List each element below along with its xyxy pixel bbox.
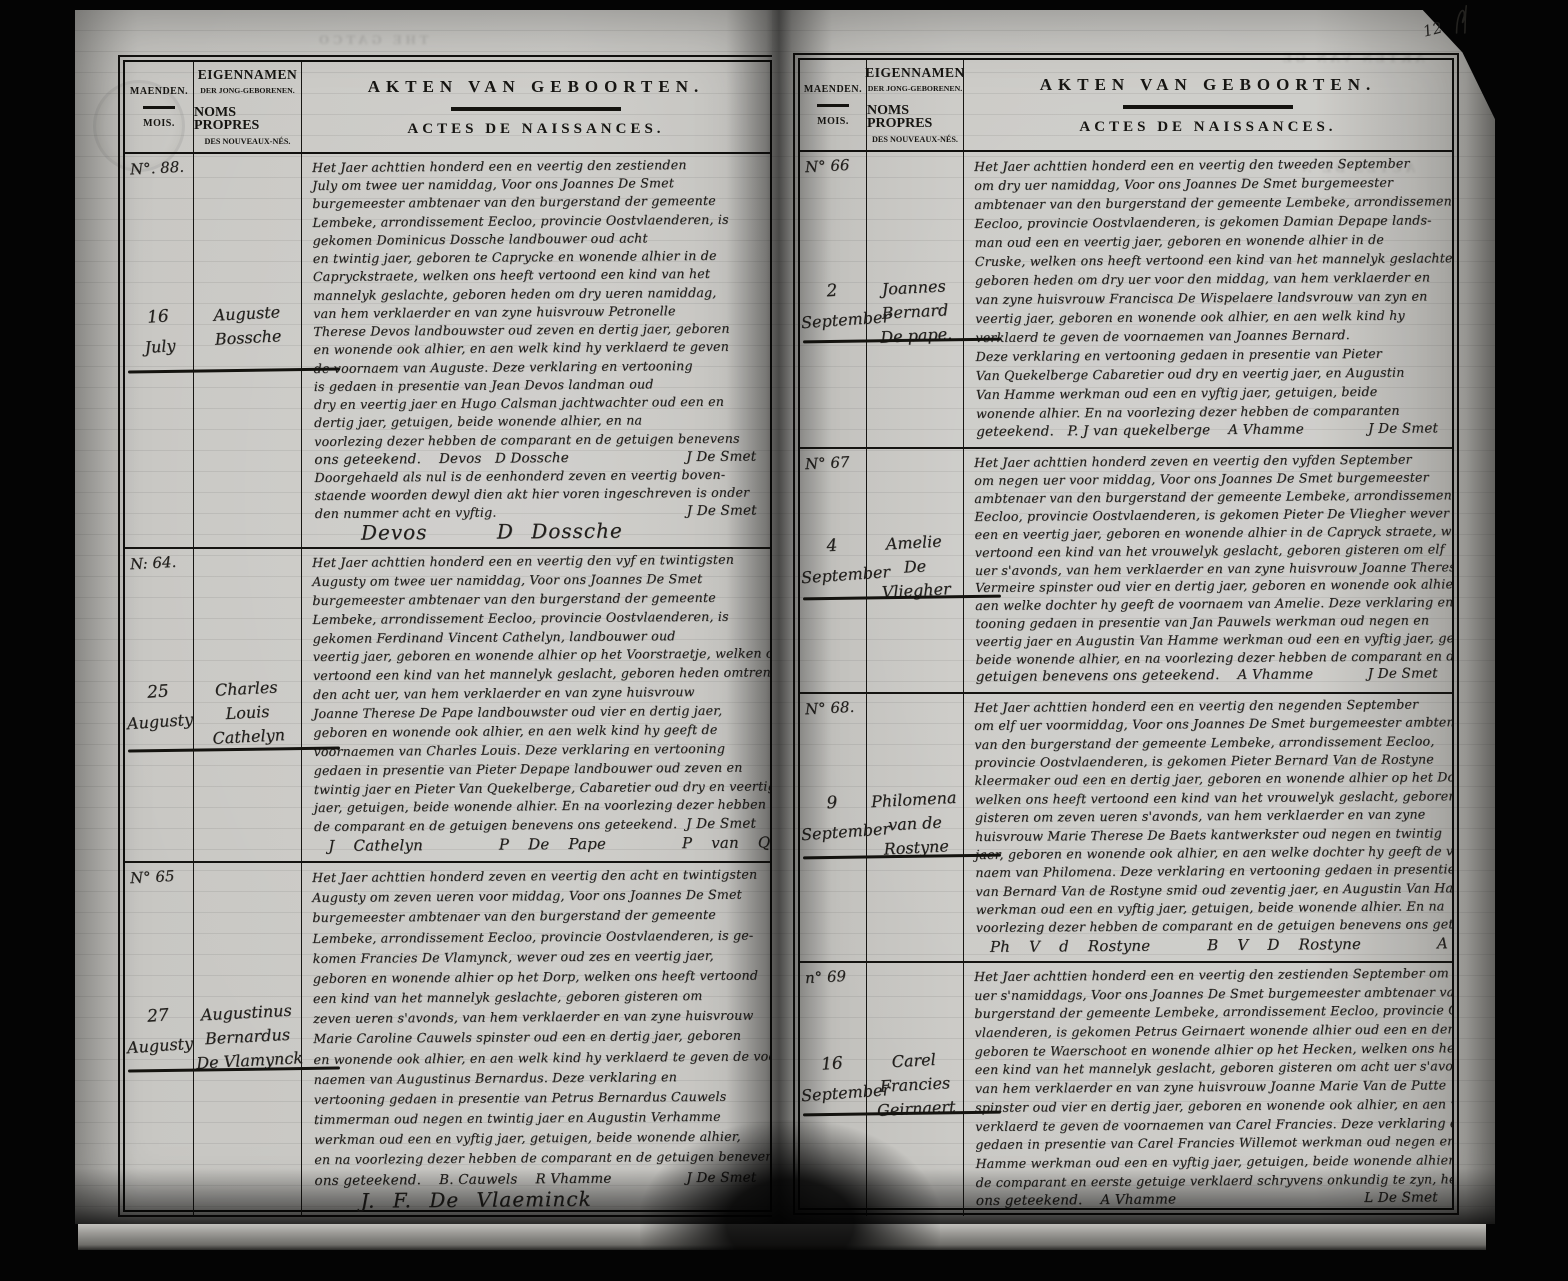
act-text-line: getuigen benevens ons geteekend. A Vhamm… xyxy=(976,665,1448,687)
entry-act-cell: Het Jaer achttien honderd een en veertig… xyxy=(302,154,770,547)
act-text-segment: burgemeester ambtenaer van den burgersta… xyxy=(312,590,716,608)
act-text-segment: een kind van het mannelyk geslachte, geb… xyxy=(313,988,703,1006)
act-date: 2September xyxy=(798,274,868,338)
entry-name-cell: AmelieDeVliegher xyxy=(867,449,964,692)
act-text-segment: burgemeester ambtenaer van den burgersta… xyxy=(312,193,716,211)
entry-act-cell: Het Jaer achttien honderd een en veertig… xyxy=(964,963,1452,1216)
act-text-segment: uer s'avonds, van hem verklaerder en van… xyxy=(975,559,1452,578)
act-date: 16September xyxy=(798,1047,868,1111)
act-text-segment: van hem verklaerder en van zyne huisvrou… xyxy=(975,1077,1446,1096)
act-text-segment: getuigen benevens ons geteekend. A Vhamm… xyxy=(976,666,1314,687)
register-entry: N° 65 27Augusty AugustinusBernardusDe Vl… xyxy=(125,861,770,1216)
act-date: 16July xyxy=(123,300,195,365)
act-text-segment: voorlezing dezer hebben de comparant en … xyxy=(314,430,740,448)
newborn-name-line: Vliegher xyxy=(869,577,964,606)
act-text-segment: Devos D Dossche xyxy=(361,518,623,544)
act-text-segment: om dry uer namiddag, Voor ons Joannes De… xyxy=(974,175,1393,193)
act-text-segment: om elf uer voormiddag, Voor ons Joannes … xyxy=(974,714,1452,733)
act-text-segment: gedaen in presentie van Pieter Depape la… xyxy=(314,759,743,777)
act-text-segment: Lembeke, arrondissement Eecloo, provinci… xyxy=(312,608,728,626)
header-acts-column: AKTEN VAN GEBOORTEN. ACTES DE NAISSANCES… xyxy=(302,62,770,152)
act-text-segment: dertig jaer, getuigen, beide wonende alh… xyxy=(314,413,642,431)
left-entries: N°. 88. 16July AugusteBossche Het Jaer a… xyxy=(125,154,770,1216)
act-text-segment: gedaen in presentie van Carel Francies W… xyxy=(975,1132,1452,1152)
act-date-line: Augusty xyxy=(125,1029,195,1064)
act-date-line: September xyxy=(800,304,868,339)
entry-act-cell: Het Jaer achttien honderd een en veertig… xyxy=(302,549,770,861)
label-actes-de-naissances: ACTES DE NAISSANCES. xyxy=(407,121,664,138)
act-text-line: Ph V d Rostyne B V D Rostyne A Vhamme xyxy=(976,934,1448,956)
act-text-segment: voornaemen van Charles Louis. Deze verkl… xyxy=(313,741,725,759)
act-text-segment: geboren te Waerschoot en wonende alhier … xyxy=(975,1039,1452,1058)
act-text-segment: verklaerd te geven de voornaemen van Car… xyxy=(975,1114,1452,1133)
act-text-segment: J Cathelyn P De Pape P van Quekelberge xyxy=(328,833,770,855)
label-eigennamen: EIGENNAMEN xyxy=(865,66,965,79)
act-date-line: 2 xyxy=(798,274,866,309)
act-text-segment: welken ons heeft vertoond een kind van h… xyxy=(975,788,1452,807)
act-text-segment: Lembeke, arrondissement Eecloo, provinci… xyxy=(312,211,728,229)
act-text-segment: verklaerd te geven de voornaemen van Joa… xyxy=(975,327,1350,345)
header-months-column: MAENDEN. MOIS. xyxy=(125,62,194,152)
register-entry: N° 66 2September JoannesBernardDe pape. … xyxy=(800,152,1452,447)
act-text-segment: zeven ueren s'avonds, van hem verklaerde… xyxy=(313,1008,753,1026)
entry-month-cell: N: 64. 25Augusty xyxy=(125,549,194,861)
act-text-segment: beide wonende alhier, en na voorlezing d… xyxy=(976,648,1452,667)
right-entries: N° 66 2September JoannesBernardDe pape. … xyxy=(800,152,1452,1216)
act-text: Het Jaer achttien honderd zeven en veert… xyxy=(312,864,767,1210)
act-text-segment: wonende alhier. En na voorlezing dezer h… xyxy=(976,403,1400,421)
act-text-segment: vertoond een kind van het vrouwelyk gesl… xyxy=(975,541,1445,560)
newborn-name-line: De pape. xyxy=(869,322,964,351)
label-noms-propres: NOMS PROPRES xyxy=(194,106,301,132)
act-text-line: Devos D Dossche xyxy=(315,520,767,542)
label-eigennamen-sub: DER JONG-GEBORENEN. xyxy=(868,84,962,93)
registrar-signature: J De Smet xyxy=(687,502,767,521)
act-text-segment: geboren heden om dry uer voor den middag… xyxy=(975,269,1430,288)
act-text-segment: een kind van het mannelyk geslacht, gebo… xyxy=(975,1058,1452,1077)
act-text-segment: uer s'namiddags, Voor ons Joannes De Sme… xyxy=(974,984,1452,1003)
act-text-segment: om negen uer voor middag, Voor ons Joann… xyxy=(974,469,1429,488)
act-number: N° 66 xyxy=(805,156,850,176)
act-text-segment: Hamme werkman oud een en vyftig jaer, ge… xyxy=(975,1152,1452,1171)
act-date-line: 27 xyxy=(123,999,193,1034)
act-text-segment: Het Jaer achttien honderd zeven en veert… xyxy=(312,867,757,885)
label-eigennamen-sub: DER JONG-GEBORENEN. xyxy=(200,86,294,95)
act-text-segment: jaer, getuigen, beide wonende alhier. En… xyxy=(314,797,766,816)
act-date-line: September xyxy=(800,559,868,594)
act-text-segment: en na voorlezing dezer hebben de compara… xyxy=(314,1149,770,1168)
registrar-signature: J De Smet xyxy=(686,815,766,835)
entry-name-cell: CarelFranciesGeirnaert xyxy=(867,963,964,1216)
act-text-segment: geteekend. P. J van quekelberge A Vhamme xyxy=(976,420,1304,442)
act-text-segment: een en veertig jaer, geboren en wonende … xyxy=(975,522,1452,542)
act-text-line: en wonende ook alhier, en aen welk kind … xyxy=(313,1046,765,1070)
act-number: N° 68. xyxy=(805,698,855,719)
act-text-segment: komen Francies De Vlamynck, wever oud ze… xyxy=(313,948,714,966)
act-text-segment: veertig jaer, geboren en wonende ook alh… xyxy=(975,308,1405,326)
newborn-name: CharlesLouisCathelyn xyxy=(193,674,302,751)
act-text-segment: spinster oud vier en dertig jaer, gebore… xyxy=(975,1095,1452,1115)
act-text-segment: tooning gedaen in presentie van Jan Pauw… xyxy=(975,613,1429,632)
act-number: N: 64. xyxy=(130,553,177,573)
act-text-segment: werkman oud een en vyftig jaer, getuigen… xyxy=(314,1129,741,1147)
newborn-name-line: Bossche xyxy=(195,323,301,352)
act-text-segment: mannelyk geslachte, geboren heden om dry… xyxy=(313,284,717,302)
act-text-segment: gekomen Ferdinand Vincent Cathelyn, land… xyxy=(313,628,676,646)
act-text-segment: huisvrouw Marie Therese De Baets kantwer… xyxy=(975,825,1442,844)
paraph-flourish-icon xyxy=(1442,0,1483,41)
act-date-line: 16 xyxy=(798,1047,866,1082)
register-entry: N° 68. 9September Philomenavan deRostyne… xyxy=(800,692,1452,961)
act-text-segment: naem van Philomena. Deze verklaring en v… xyxy=(975,861,1452,880)
bleedthrough-text: THE GATCO xyxy=(315,32,428,48)
registrar-signature: J De Smet xyxy=(1368,665,1448,684)
act-text-segment: dry en veertig jaer en Hugo Calsman jach… xyxy=(314,394,724,412)
act-text-line: mannelyk geslachte, geboren heden om dry… xyxy=(313,283,765,305)
act-text-line: geteekend. P. J van quekelberge A Vhamme… xyxy=(976,419,1448,442)
act-number: n° 69 xyxy=(805,967,847,987)
right-page: AKTEN VAN GE ACTES DE N MAENDEN. MOIS. E… xyxy=(772,10,1495,1224)
act-text-line: J Cathelyn P De Pape P van Quekelberge xyxy=(314,834,766,856)
act-date-line: 16 xyxy=(123,300,193,335)
entry-month-cell: N° 65 27Augusty xyxy=(125,863,194,1216)
registrar-signature: J De Smet xyxy=(686,1167,766,1188)
act-text-segment: ambtenaer van den burgerstand der gemeen… xyxy=(974,487,1452,506)
label-eigennamen: EIGENNAMEN xyxy=(198,68,298,81)
act-text-segment: Therese Devos landbouwster oud zeven en … xyxy=(313,321,729,339)
register-entry: n° 69 16September CarelFranciesGeirnaert… xyxy=(800,961,1452,1216)
newborn-name-line: Philomena xyxy=(866,786,961,815)
act-date-line: 25 xyxy=(123,675,193,710)
act-date-line: September xyxy=(800,1077,868,1112)
act-text-line: vertoond een kind van het mannelyk gesla… xyxy=(313,664,765,686)
entry-month-cell: N°. 88. 16July xyxy=(125,154,194,547)
act-text-segment: Het Jaer achttien honderd een en veertig… xyxy=(312,157,687,175)
act-text-segment: Lembeke, arrondissement Eecloo, provinci… xyxy=(312,927,753,945)
act-text: Het Jaer achttien honderd zeven en veert… xyxy=(974,450,1448,687)
act-text-segment: man oud een en veertig jaer, geboren en … xyxy=(975,232,1384,250)
table-header: MAENDEN. MOIS. EIGENNAMEN DER JONG-GEBOR… xyxy=(800,60,1452,152)
act-number: N° 65 xyxy=(130,867,175,887)
registrar-signature: J De Smet xyxy=(686,447,766,466)
divider xyxy=(451,107,621,111)
act-number: N° 67 xyxy=(805,453,850,473)
entry-name-cell: AugusteBossche xyxy=(194,154,302,547)
entry-name-cell: CharlesLouisCathelyn xyxy=(194,549,302,861)
act-text-segment: naemen van Augustinus Bernardus. Deze ve… xyxy=(314,1069,677,1087)
act-text-line: ons geteekend. A VhammeL De Smet xyxy=(976,1189,1448,1211)
act-text-segment: Eecloo, provincie Oostvlaenderen, is gek… xyxy=(974,212,1431,231)
label-maenden: MAENDEN. xyxy=(130,86,188,97)
folio-number: 12 xyxy=(1421,19,1444,41)
act-text-segment: jaer, geboren en wonende ook alhier, en … xyxy=(975,843,1452,862)
entry-name-cell: JoannesBernardDe pape. xyxy=(867,152,964,447)
act-text-segment: vertoond een kind van het mannelyk gesla… xyxy=(313,665,770,684)
act-text-segment: Ph V d Rostyne B V D Rostyne A Vhamme xyxy=(990,933,1452,955)
act-text-line: en wonende ook alhier, en aen welk kind … xyxy=(313,338,765,360)
act-date-line: 4 xyxy=(798,529,866,564)
act-text: Het Jaer achttien honderd een en veertig… xyxy=(974,153,1448,442)
act-text-segment: Het Jaer achttien honderd zeven en veert… xyxy=(974,452,1412,470)
act-text-segment: en wonende ook alhier, en aen welk kind … xyxy=(313,1048,770,1067)
act-text-segment: staende woorden dewyl dien akt hier vore… xyxy=(315,485,750,503)
act-date: 25Augusty xyxy=(123,675,195,740)
act-text-segment: van den burgerstand der gemeente Lembeke… xyxy=(974,733,1434,752)
act-text-segment: Capryckstraete, welken ons heeft vertoon… xyxy=(313,266,710,284)
act-text-segment: J. F. De Vlaeminck xyxy=(361,1187,592,1213)
act-date-line: September xyxy=(800,816,868,851)
act-text-segment: gekomen Dominicus Dossche landbouwer oud… xyxy=(313,230,648,248)
header-months-column: MAENDEN. MOIS. xyxy=(800,60,867,150)
newborn-name: AugusteBossche xyxy=(194,299,301,352)
act-text-segment: burgemeester ambtenaer van den burgersta… xyxy=(312,907,716,925)
act-text-segment: den acht uer, van hem verklaerder en van… xyxy=(313,684,695,702)
act-text-segment: twintig jaer en Pieter Van Quekelberge, … xyxy=(314,778,770,797)
label-actes-de-naissances: ACTES DE NAISSANCES. xyxy=(1079,119,1336,136)
newborn-name: AmelieDeVliegher xyxy=(866,529,964,606)
act-date: 27Augusty xyxy=(123,999,195,1064)
act-text-segment: werkman oud een en vyftig jaer, getuigen… xyxy=(976,898,1445,917)
act-text-segment: de voornaem van Auguste. Deze verklaring… xyxy=(314,358,693,376)
act-text-segment: is gedaen in presentie van Jean Devos la… xyxy=(314,376,654,394)
act-text-segment: Het Jaer achttien honderd een en veertig… xyxy=(974,965,1452,984)
label-akten-van-geboorten: AKTEN VAN GEBOORTEN. xyxy=(1040,75,1377,95)
registrar-signature: J De Smet xyxy=(1368,419,1448,439)
newborn-name: Philomenavan deRostyne xyxy=(866,786,964,863)
register-entry: N: 64. 25Augusty CharlesLouisCathelyn He… xyxy=(125,547,770,861)
register-entry: N°. 88. 16July AugusteBossche Het Jaer a… xyxy=(125,154,770,547)
act-text-segment: geboren en wonende alhier op het Dorp, w… xyxy=(313,967,758,985)
register-entry: N° 67 4September AmelieDeVliegher Het Ja… xyxy=(800,447,1452,692)
act-text-segment: Joanne Therese De Pape landbouwster oud … xyxy=(313,703,722,721)
act-text-segment: Het Jaer achttien honderd een en veertig… xyxy=(974,156,1410,174)
label-akten-van-geboorten: AKTEN VAN GEBOORTEN. xyxy=(368,77,705,97)
left-page: THE GATCO MAENDEN. MOIS. EIGENNAMEN DER … xyxy=(75,10,772,1224)
newborn-name-line: Geirnaert xyxy=(869,1095,964,1124)
act-text-segment: Cruske, welken ons heeft vertoond een ki… xyxy=(975,250,1452,269)
label-maenden: MAENDEN. xyxy=(804,84,862,95)
act-text: Het Jaer achttien honderd een en veertig… xyxy=(974,964,1448,1211)
act-date-line: Augusty xyxy=(125,705,195,740)
act-text-segment: ons geteekend. Devos D Dossche xyxy=(314,449,569,469)
act-number: N°. 88. xyxy=(130,158,185,179)
act-date: 4September xyxy=(798,529,868,593)
act-text: Het Jaer achttien honderd een en veertig… xyxy=(312,550,766,856)
act-text-line: burgemeester ambtenaer van den burgersta… xyxy=(312,905,764,929)
act-text-line: J. F. De Vlaeminck xyxy=(315,1187,767,1211)
entry-month-cell: N° 67 4September xyxy=(800,449,867,692)
entry-act-cell: Het Jaer achttien honderd een en veertig… xyxy=(964,152,1452,447)
divider xyxy=(817,104,849,107)
act-text-segment: Marie Caroline Cauwels spinster oud een … xyxy=(313,1028,741,1046)
act-text-segment: Van Quekelberge Cabaretier oud dry en ve… xyxy=(976,365,1405,383)
act-text-segment: Van Hamme werkman oud een en vyftig jaer… xyxy=(976,384,1378,402)
act-text-segment: Eecloo, provincie Oostvlaenderen, is gek… xyxy=(974,505,1452,524)
entry-act-cell: Het Jaer achttien honderd zeven en veert… xyxy=(964,449,1452,692)
right-register-table: MAENDEN. MOIS. EIGENNAMEN DER JONG-GEBOR… xyxy=(798,58,1454,1210)
act-text-line: Lembeke, arrondissement Eecloo, provinci… xyxy=(312,607,764,629)
act-text: Het Jaer achttien honderd een en veertig… xyxy=(974,695,1448,956)
label-noms-sub: DES NOUVEAUX-NÉS. xyxy=(872,135,958,144)
entry-act-cell: Het Jaer achttien honderd zeven en veert… xyxy=(302,863,770,1216)
entry-act-cell: Het Jaer achttien honderd een en veertig… xyxy=(964,694,1452,961)
act-text-segment: ons geteekend. A Vhamme xyxy=(976,1191,1177,1211)
act-text-segment: kleermaker oud een en dertig jaer, gebor… xyxy=(975,770,1452,789)
newborn-name: AugustinusBernardusDe Vlamynck xyxy=(193,998,302,1075)
registrar-signature: L De Smet xyxy=(1364,1189,1448,1208)
act-date-line: 9 xyxy=(798,786,866,821)
entry-month-cell: n° 69 16September xyxy=(800,963,867,1216)
act-text-segment: ambtenaer van den burgerstand der gemeen… xyxy=(974,193,1452,212)
act-date-line: July xyxy=(125,330,195,365)
act-text-segment: provincie Oostvlaenderen, is gekomen Pie… xyxy=(974,751,1434,770)
label-mois: MOIS. xyxy=(143,118,175,129)
act-text-segment: Augusty om zeven ueren voor middag, Voor… xyxy=(312,887,742,905)
act-text-segment: veertig jaer, geboren en wonende alhier … xyxy=(313,645,770,664)
header-names-column: EIGENNAMEN DER JONG-GEBORENEN. NOMS PROP… xyxy=(194,62,302,152)
label-noms-propres: NOMS PROPRES xyxy=(867,104,963,130)
act-text: Het Jaer achttien honderd een en veertig… xyxy=(312,155,767,541)
entry-month-cell: N° 66 2September xyxy=(800,152,867,447)
act-text-segment: vlaenderen, is gekomen Petrus Geirnaert … xyxy=(974,1021,1452,1040)
act-text-segment: veertig jaer en Augustin Van Hamme werkm… xyxy=(975,630,1452,649)
act-text-segment: Het Jaer achttien honderd een en veertig… xyxy=(312,552,734,570)
folio-annotation: 12 xyxy=(1419,0,1483,46)
act-text-segment: van Bernard Van de Rostyne smid oud zeve… xyxy=(975,880,1452,899)
scanned-register-spread: { "document": { "kind": "civil birth reg… xyxy=(0,0,1568,1281)
divider xyxy=(1123,105,1293,109)
act-text-segment: gisteren om zeven ueren s'avonds, van he… xyxy=(975,807,1426,826)
act-text-segment: geboren en wonende ook alhier, en aen we… xyxy=(313,722,717,740)
act-text-segment: Vermeire spinster oud vier en dertig jae… xyxy=(975,576,1452,595)
label-noms-sub: DES NOUVEAUX-NÉS. xyxy=(205,137,291,146)
act-text-segment: Het Jaer achttien honderd een en veertig… xyxy=(974,697,1418,715)
act-text-segment: van hem verklaerder en van zyne huisvrou… xyxy=(313,303,676,321)
act-text-line: veertig jaer, geboren en wonende ook alh… xyxy=(975,305,1447,328)
act-text-segment: July om twee uer namiddag, Voor ons Joan… xyxy=(312,175,674,193)
table-header: MAENDEN. MOIS. EIGENNAMEN DER JONG-GEBOR… xyxy=(125,62,770,154)
entry-name-cell: Philomenavan deRostyne xyxy=(867,694,964,961)
header-acts-column: AKTEN VAN GEBOORTEN. ACTES DE NAISSANCES… xyxy=(964,60,1452,150)
label-mois: MOIS. xyxy=(817,116,849,127)
act-text-segment: vertooning gedaen in presentie van Petru… xyxy=(314,1089,727,1107)
act-text-segment: aen welke dochter hy geeft de voornaem v… xyxy=(975,594,1452,613)
act-text-segment: Deze verklaring en vertooning gedaen in … xyxy=(976,346,1383,364)
entry-name-cell: AugustinusBernardusDe Vlamynck xyxy=(194,863,302,1216)
book-page-edges xyxy=(78,1224,1486,1250)
act-text-segment: Augusty om twee uer namiddag, Voor ons J… xyxy=(312,571,702,589)
entry-month-cell: N° 68. 9September xyxy=(800,694,867,961)
act-text-segment: Doorgehaeld als nul is de eenhonderd zev… xyxy=(314,467,725,485)
act-text-segment: en wonende ook alhier, en aen welk kind … xyxy=(313,339,729,357)
act-text-segment: van zyne huisvrouw Francisca De Wispelae… xyxy=(975,288,1427,307)
act-text-segment: timmerman oud negen en twintig jaer en A… xyxy=(314,1109,721,1127)
act-text-segment: en twintig jaer, geboren te Caprycke en … xyxy=(313,248,717,266)
act-date: 9September xyxy=(798,786,868,850)
header-names-column: EIGENNAMEN DER JONG-GEBORENEN. NOMS PROP… xyxy=(867,60,964,150)
act-text-line: Lembeke, arrondissement Eecloo, provinci… xyxy=(312,210,764,232)
divider xyxy=(143,106,175,109)
left-register-table: MAENDEN. MOIS. EIGENNAMEN DER JONG-GEBOR… xyxy=(123,60,772,1212)
act-text-segment: burgerstand der gemeente Lembeke, arrond… xyxy=(974,1002,1452,1021)
